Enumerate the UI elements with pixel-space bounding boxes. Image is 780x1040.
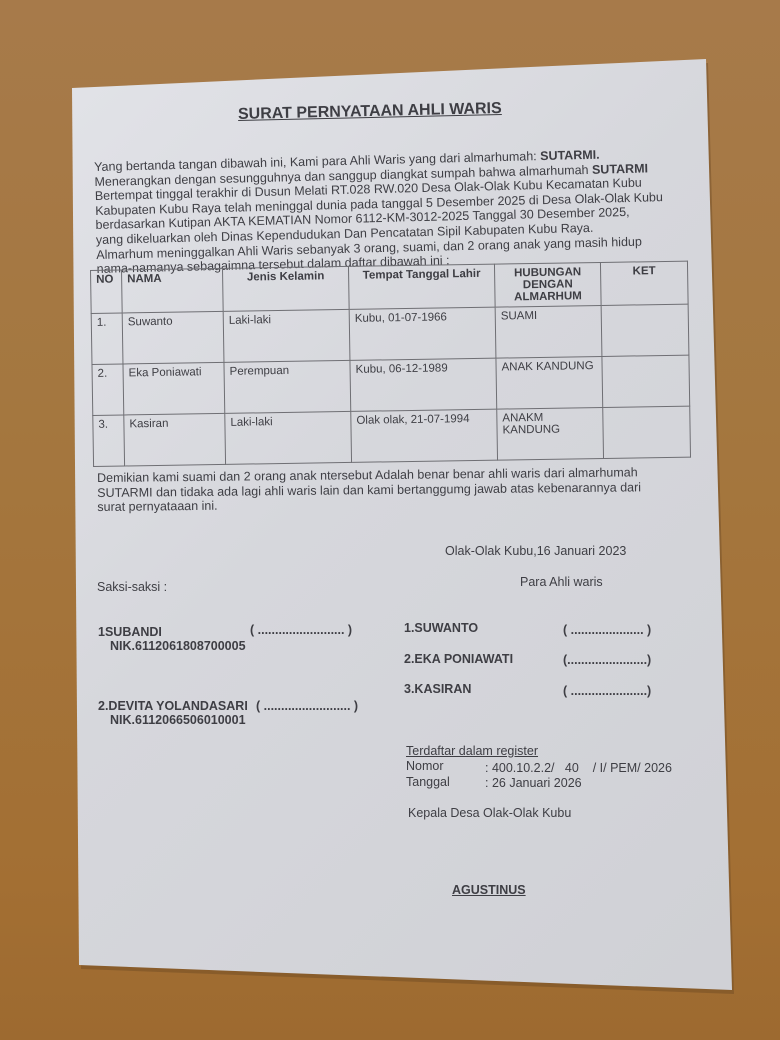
heir-3-signature: ( ......................) <box>563 684 651 699</box>
cell-hubungan: SUAMI <box>495 305 602 358</box>
heirs-label: Para Ahli waris <box>520 575 603 590</box>
cell-nama: Kasiran <box>124 413 226 466</box>
cell-ket <box>601 304 689 356</box>
heir-1-name: 1.SUWANTO <box>404 621 478 636</box>
official-name: AGUSTINUS <box>452 883 526 898</box>
cell-hubungan: ANAKM KANDUNG <box>497 407 604 460</box>
cell-ket <box>602 355 690 407</box>
cell-hubungan: ANAK KANDUNG <box>496 356 603 409</box>
register-heading: Terdaftar dalam register <box>406 744 538 759</box>
witnesses-label: Saksi-saksi : <box>97 580 167 595</box>
closing-paragraph: Demikian kami suami dan 2 orang anak nte… <box>97 465 693 515</box>
heir-3-name: 3.KASIRAN <box>404 682 471 697</box>
cell-jenis-kelamin: Laki-laki <box>223 309 350 362</box>
witness-1-signature: ( ......................... ) <box>250 623 352 638</box>
header-ttl: Tempat Tanggal Lahir <box>348 264 495 309</box>
cell-jenis-kelamin: Laki-laki <box>225 411 352 464</box>
heir-1-signature: ( ..................... ) <box>563 623 651 638</box>
place-date: Olak-Olak Kubu,16 Januari 2023 <box>445 544 626 559</box>
official-title: Kepala Desa Olak-Olak Kubu <box>408 806 571 821</box>
document-content: SURAT PERNYATAAN AHLI WARIS Yang bertand… <box>0 0 780 1040</box>
register-tanggal-value: : 26 Januari 2026 <box>485 776 582 791</box>
cell-no: 1. <box>91 313 123 364</box>
witness-1-nik: NIK.6112061808700005 <box>110 639 246 654</box>
header-jenis-kelamin: Jenis Kelamin <box>222 266 349 311</box>
table-row: 2. Eka Poniawati Perempuan Kubu, 06-12-1… <box>92 355 690 415</box>
heir-2-name: 2.EKA PONIAWATI <box>404 652 513 667</box>
heir-2-signature: (.......................) <box>563 653 651 668</box>
cell-no: 2. <box>92 364 124 415</box>
header-no: NO <box>91 270 123 313</box>
cell-ttl: Kubu, 06-12-1989 <box>350 358 497 411</box>
register-tanggal-label: Tanggal <box>406 775 450 790</box>
header-nama: NAMA <box>122 268 224 313</box>
cell-ttl: Olak olak, 21-07-1994 <box>351 409 498 462</box>
document-title: SURAT PERNYATAAN AHLI WARIS <box>238 101 502 122</box>
witness-2-signature: ( ......................... ) <box>256 699 358 714</box>
cell-nama: Suwanto <box>122 311 224 364</box>
intro-paragraph: Yang bertanda tangan dibawah ini, Kami p… <box>94 146 689 277</box>
witness-2-nik: NIK.6112066506010001 <box>110 713 246 728</box>
cell-jenis-kelamin: Perempuan <box>224 360 351 413</box>
header-ket: KET <box>600 261 688 305</box>
table-row: 1. Suwanto Laki-laki Kubu, 01-07-1966 SU… <box>91 304 689 364</box>
table-row: 3. Kasiran Laki-laki Olak olak, 21-07-19… <box>93 406 691 466</box>
header-hubungan: HUBUNGAN DENGAN ALMARHUM <box>494 262 601 307</box>
heirs-table: NO NAMA Jenis Kelamin Tempat Tanggal Lah… <box>90 261 691 467</box>
cell-ket <box>603 406 691 458</box>
register-nomor-value: : 400.10.2.2/ 40 / I/ PEM/ 2026 <box>485 761 672 776</box>
cell-nama: Eka Poniawati <box>123 362 225 415</box>
witness-2-name: 2.DEVITA YOLANDASARI <box>98 699 248 714</box>
register-nomor-label: Nomor <box>406 759 444 774</box>
witness-1-name: 1SUBANDI <box>98 625 162 640</box>
cell-no: 3. <box>93 415 125 466</box>
cell-ttl: Kubu, 01-07-1966 <box>349 307 496 360</box>
